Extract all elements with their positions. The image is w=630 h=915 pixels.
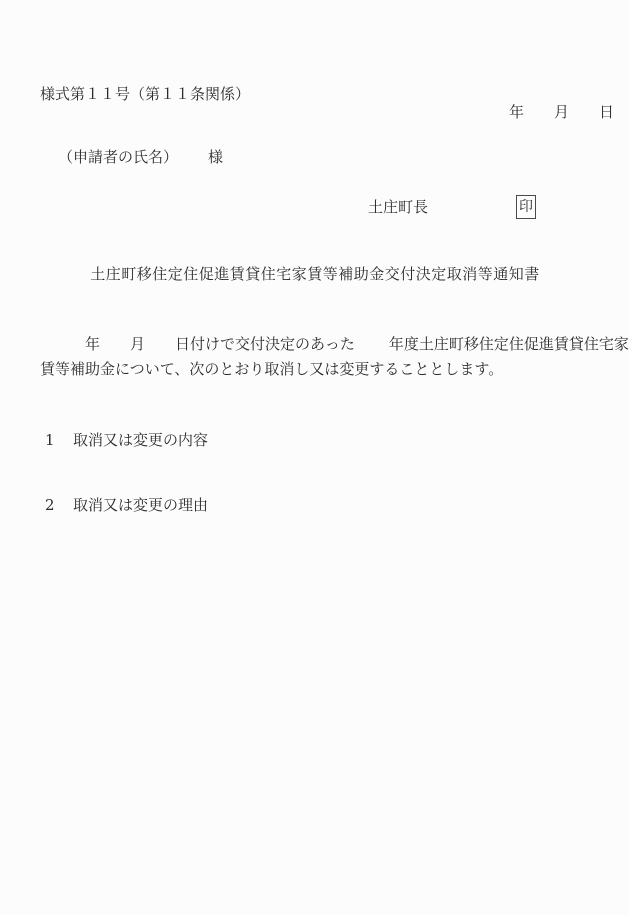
item-1-label: 取消又は変更の内容 — [73, 430, 208, 450]
item-2-number: 2 — [45, 495, 55, 515]
body-line1-left: 年 月 日付けで交付決定のあった — [85, 335, 355, 353]
item-2: 2取消又は変更の理由 — [0, 495, 630, 515]
item-2-label: 取消又は変更の理由 — [73, 495, 208, 515]
item-1-number: 1 — [45, 430, 55, 450]
addressee-line: （申請者の氏名）様 — [0, 147, 630, 167]
document-page: 様式第１１号（第１１条関係） 年 月 日 （申請者の氏名）様 土庄町長 印 土庄… — [0, 0, 630, 915]
seal-box: 印 — [516, 195, 536, 219]
body-line1-right: 年度土庄町移住定住促進賃貸住宅家 — [389, 335, 629, 353]
form-number: 様式第１１号（第１１条関係） — [0, 84, 630, 104]
sender-title: 土庄町長 — [368, 197, 428, 217]
item-1: 1取消又は変更の内容 — [0, 430, 630, 450]
addressee-label: （申請者の氏名） — [58, 148, 178, 166]
addressee-honorific: 様 — [208, 148, 223, 166]
document-title: 土庄町移住定住促進賃貸住宅家賃等補助金交付決定取消等通知書 — [0, 264, 630, 284]
body-paragraph-line1: 年 月 日付けで交付決定のあった年度土庄町移住定住促進賃貸住宅家 — [0, 334, 630, 354]
date-line: 年 月 日 — [0, 102, 630, 122]
body-paragraph-line2: 賃等補助金について、次のとおり取消し又は変更することとします。 — [0, 359, 630, 379]
